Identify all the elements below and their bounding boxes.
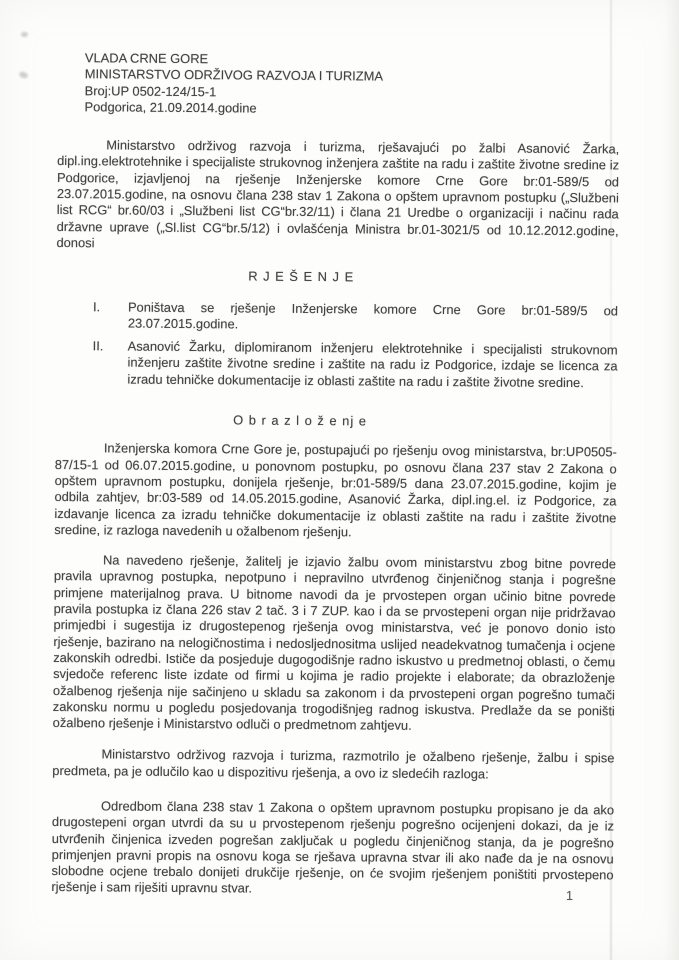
resolution-heading: R J E Š E N J E bbox=[20, 267, 582, 288]
scanned-document-page: VLADA CRNE GORE MINISTARSTVO ODRŽIVOG RA… bbox=[0, 0, 679, 960]
scan-speck bbox=[21, 32, 28, 37]
intro-paragraph: Ministarstvo održivog razvoja i turizma,… bbox=[56, 137, 619, 255]
place-and-date: Podgorica, 21.09.2014.godine bbox=[84, 99, 619, 119]
item-text: Asanović Žarku, diplomiranom inženjeru e… bbox=[127, 339, 617, 392]
scan-edge-shadow bbox=[665, 0, 679, 960]
resolution-item-2: II. Asanović Žarku, diplomiranom inženje… bbox=[55, 338, 617, 391]
item-text: Poništava se rješenje Inženjerske komore… bbox=[128, 299, 618, 335]
explanation-paragraph-2: Na navedeno rješenje, žalitelj je izjavi… bbox=[53, 552, 616, 736]
explanation-paragraph-1: Inženjerska komora Crne Gore je, postupa… bbox=[54, 440, 617, 542]
letterhead: VLADA CRNE GORE MINISTARSTVO ODRŽIVOG RA… bbox=[84, 50, 619, 119]
explanation-paragraph-4: Odredbom člana 238 stav 1 Zakona o opšte… bbox=[51, 798, 614, 900]
scan-speck bbox=[18, 71, 29, 80]
page-number: 1 bbox=[566, 889, 573, 903]
explanation-heading: O b r a z l o ž e nj e bbox=[19, 411, 581, 432]
item-numeral: I. bbox=[93, 299, 128, 332]
document-content: VLADA CRNE GORE MINISTARSTVO ODRŽIVOG RA… bbox=[51, 50, 620, 900]
resolution-item-1: I. Poništava se rješenje Inženjerske kom… bbox=[56, 299, 618, 336]
resolution-items: I. Poništava se rješenje Inženjerske kom… bbox=[55, 299, 618, 392]
item-numeral: II. bbox=[92, 338, 127, 387]
explanation-paragraph-3: Ministarstvo održivog razvoja i turizma,… bbox=[52, 746, 614, 783]
